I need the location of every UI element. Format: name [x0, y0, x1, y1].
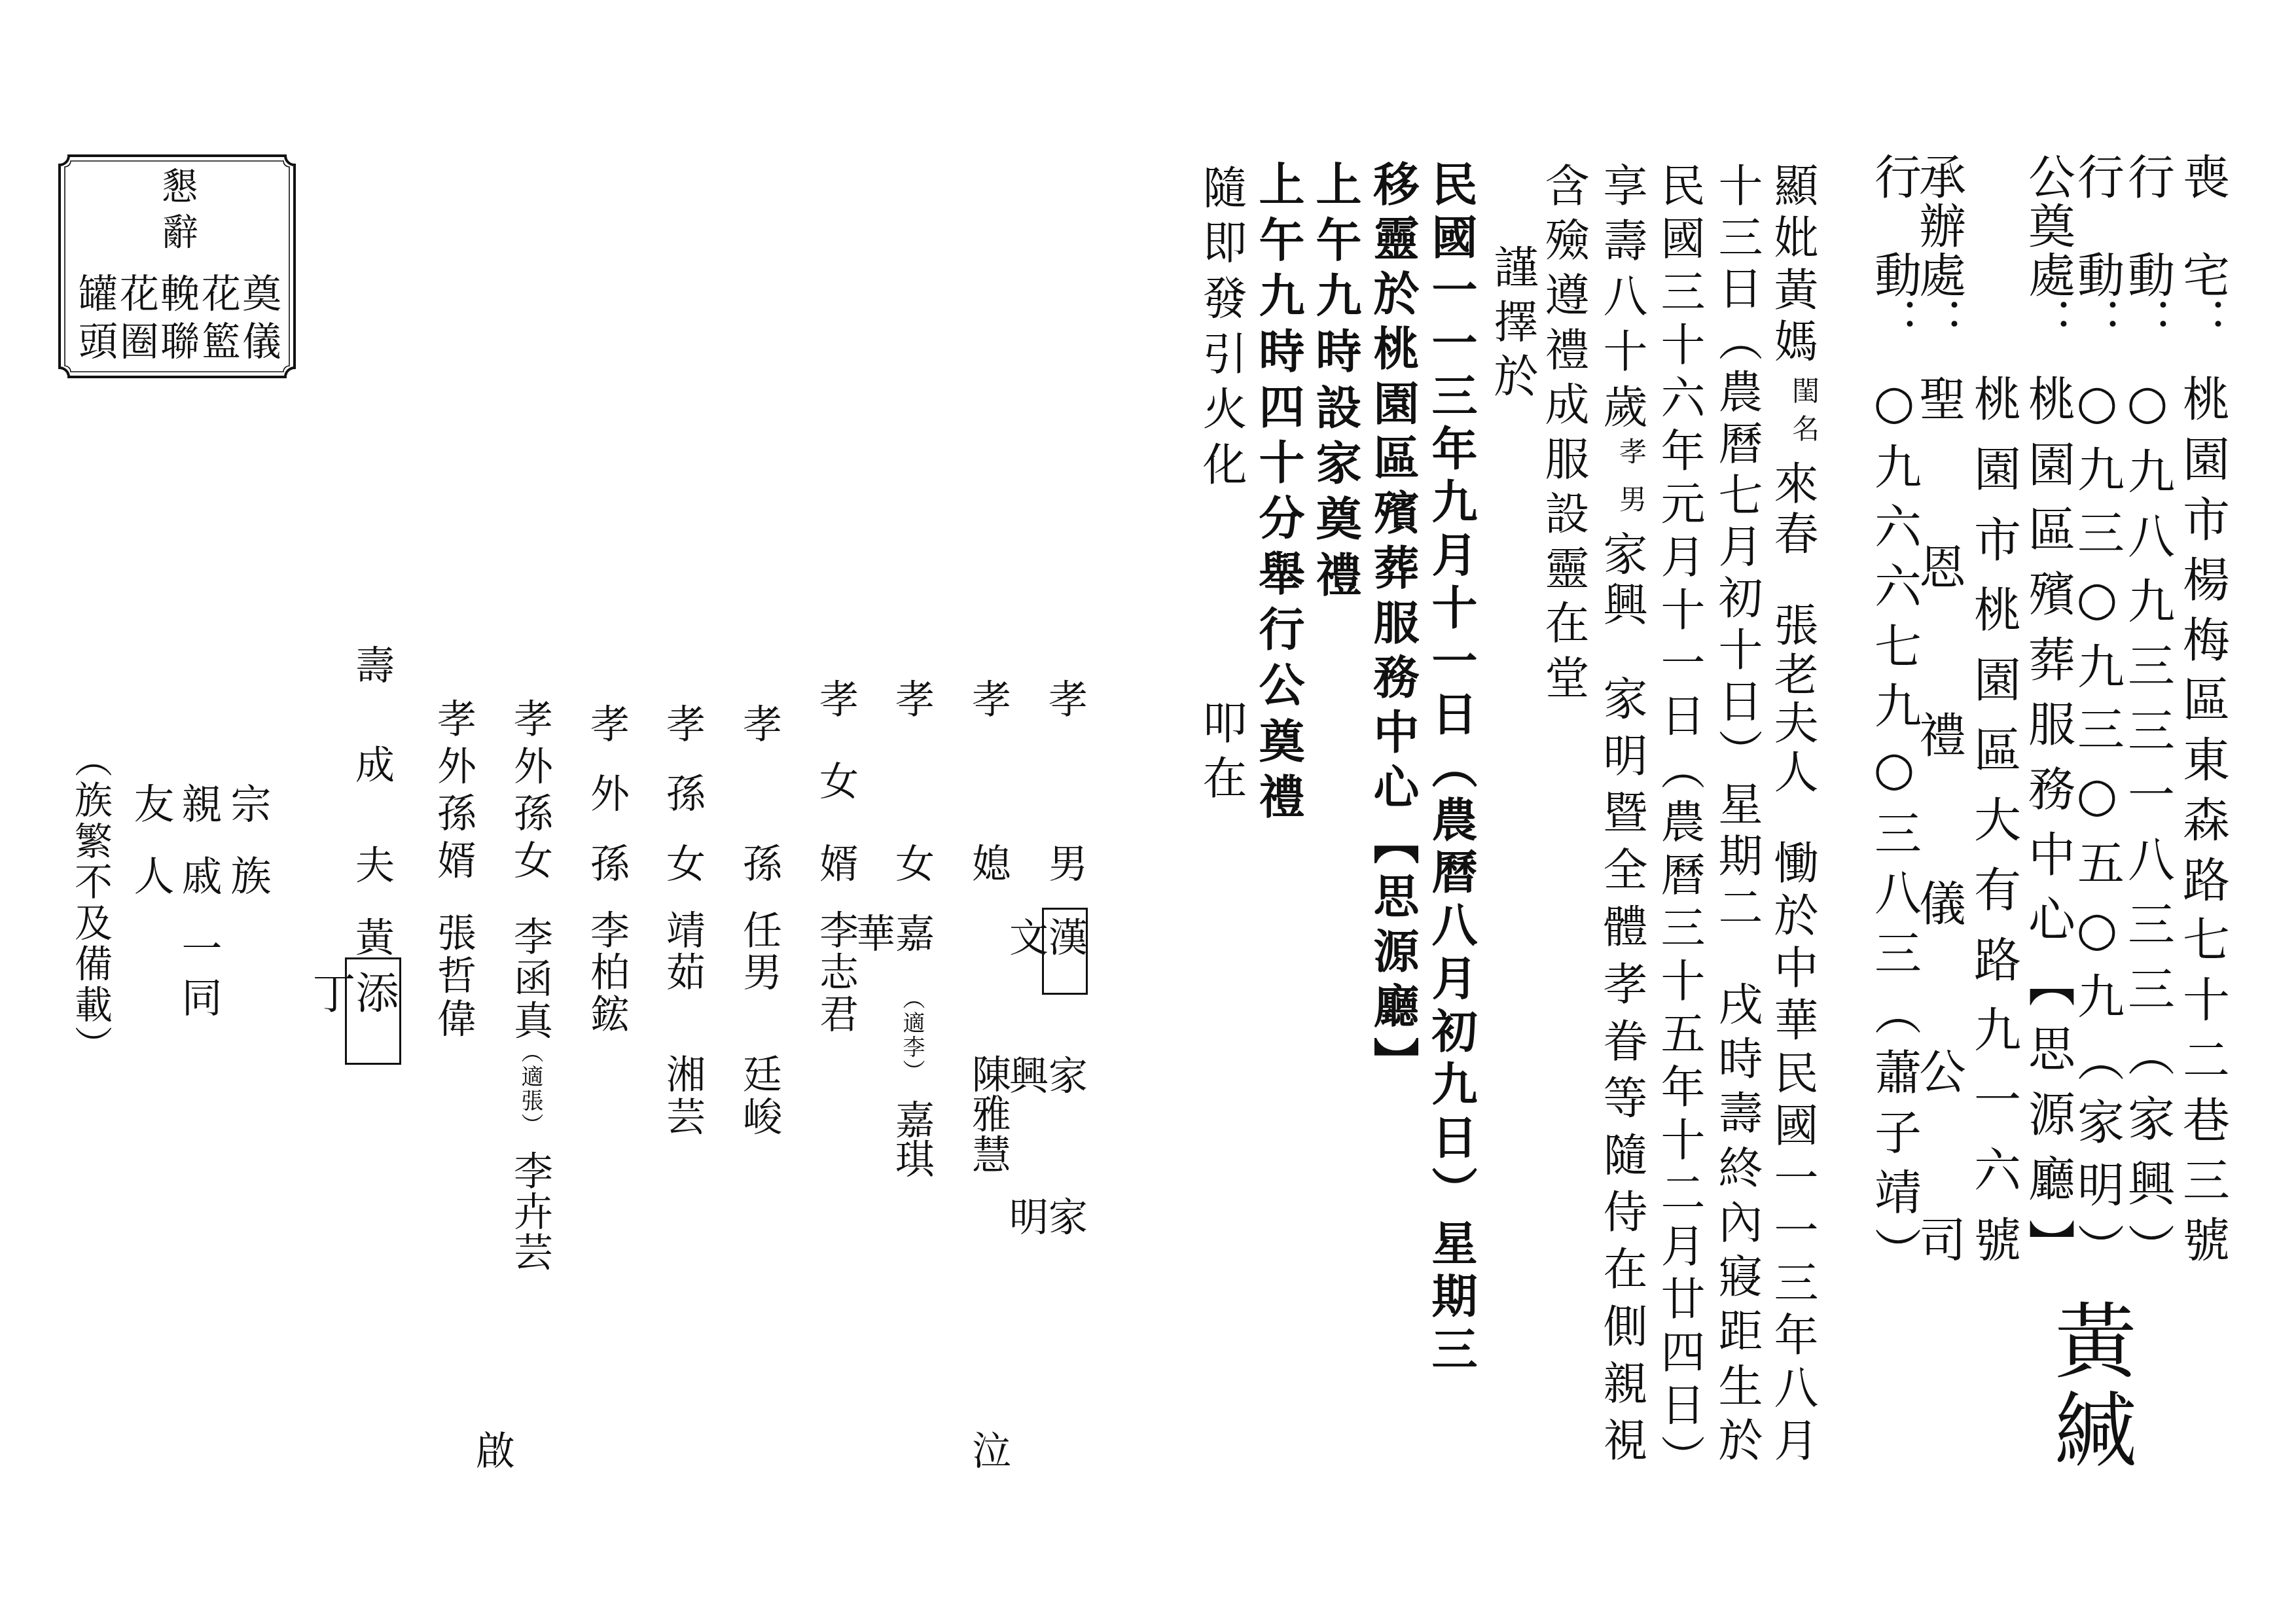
- relation-maternal-grandson: 孝外孫: [587, 704, 626, 882]
- relation-daughter-in-law: 孝媳: [969, 679, 1008, 882]
- boxed-name-frame: 添丁: [345, 957, 401, 1065]
- info-value-mobile-1: ○九八九三三一八三三（家興）: [2124, 374, 2171, 1270]
- spouse-boxed-name: 添丁: [351, 971, 395, 1052]
- info-colon: ：: [1915, 297, 1962, 344]
- footer-announce: 啟: [473, 1430, 512, 1469]
- relation-granddaughters: 孝孫女: [663, 704, 702, 882]
- closing-remark: 叩在: [1198, 700, 1243, 799]
- relatives-kin: 親戚: [178, 783, 219, 895]
- family-attendance: 家明暨全體孝眷等隨侍在側親視: [1599, 675, 1643, 1461]
- maternal-grandson-name: 李柏鋐: [587, 910, 626, 1033]
- sender-seal: 黃緘: [2047, 1298, 2129, 1469]
- notice-item-canned-tower: 罐頭: [75, 273, 115, 360]
- cremation-note: 隨即發引火化: [1198, 164, 1243, 486]
- relation-spouse: 壽成夫: [352, 645, 391, 883]
- info-colon: ：: [2179, 297, 2226, 344]
- encoffining-note: 含殮遵禮成服設靈在堂: [1541, 162, 1585, 699]
- footer-weep: 泣: [969, 1430, 1008, 1469]
- boxed-name-frame: 漢文: [1042, 908, 1088, 995]
- notice-box-title: 懇辭: [158, 167, 195, 249]
- maternal-granddaughter-name: 李卉芸: [511, 1150, 550, 1271]
- notice-item-wreath: 花圈: [117, 273, 156, 360]
- relation-son-in-law: 孝女婿: [816, 679, 855, 882]
- grandson-name: 任男: [740, 910, 779, 991]
- info-value-organizer: 聖恩禮儀公司: [1915, 374, 1962, 1262]
- relation-sons: 孝男: [1045, 679, 1085, 882]
- sender-surname: 黃: [2041, 1298, 2136, 1387]
- death-date-part-2: 十三日（農曆七月初十日）星期二: [1714, 162, 1759, 929]
- relatives-clan: 宗族: [227, 783, 268, 895]
- age-at-death: 享壽八十歲: [1599, 162, 1643, 428]
- info-value-mobile-2: ○九三○九三○五○九（家明）: [2073, 374, 2121, 1270]
- married-into-note: （適張）: [519, 1041, 541, 1135]
- relation-maternal-granddaughters: 孝外孫女: [511, 698, 550, 879]
- grandson-name: 廷峻: [740, 1054, 779, 1135]
- public-rite-time: 上午九時四十分舉行公奠禮: [1255, 160, 1301, 819]
- info-value-memorial-venue: 桃園區殯葬服務中心【思源廳】: [2024, 374, 2072, 1266]
- son-in-law-name: 李志君: [816, 910, 855, 1033]
- daughter-in-law-name: 陳雅慧: [969, 1054, 1008, 1173]
- son-name: 家明: [1045, 1196, 1085, 1273]
- deceased-given-name: 來春: [1770, 460, 1814, 555]
- maternal-granddaughter-name: 李函真: [511, 916, 550, 1039]
- relation-maternal-grandson-in-law: 孝外孫婿: [434, 698, 473, 879]
- relation-daughters: 孝女: [892, 679, 931, 882]
- info-value-mobile-3: ○九六六七九○三八三（蕭子靖）: [1871, 374, 1918, 1274]
- info-label-mobile-3: 行動: [1871, 152, 1918, 298]
- deceased-honorific: 張老夫人: [1770, 602, 1814, 793]
- info-value-venue-address: 桃園市桃園區大有路九一六號: [1970, 374, 2017, 1262]
- death-date-part-1: 慟於中華民國一一三年八月: [1770, 840, 1814, 1461]
- info-value-residence-address: 桃園市楊梅區東森路七十二巷三號: [2179, 374, 2226, 1262]
- info-label-mobile-1: 行動: [2124, 152, 2171, 298]
- death-time: 戌時壽終內寢距生於: [1714, 981, 1759, 1461]
- daughter-name: 嘉琪: [892, 1099, 931, 1178]
- obituary-page: 懇辭 奠儀 花籃 輓聯 花圈 罐頭 喪宅 ： 桃園市楊梅區東森路七十二巷三號 行…: [0, 0, 2296, 1623]
- info-colon: ：: [1871, 297, 1918, 344]
- relatives-friends: 友人: [130, 783, 171, 895]
- info-colon: ：: [2124, 297, 2171, 344]
- sender-seal-word: 緘: [2041, 1387, 2136, 1469]
- ceremony-date: 民國一一三年九月十一日（農曆八月初九日）星期三: [1428, 160, 1474, 1371]
- ceremony-venue: 移靈於桃園區殯葬服務中心【思源廳】: [1370, 160, 1416, 1083]
- relatives-together: 一同: [178, 927, 219, 1017]
- son-name-1: 家興: [1599, 531, 1643, 626]
- married-into-note: （適李）: [901, 987, 923, 1082]
- info-label-mobile-2: 行動: [2073, 152, 2121, 298]
- son-name: 家興: [1045, 1055, 1085, 1132]
- notice-item-flower-basket: 花籃: [198, 273, 238, 360]
- deceased-title: 顯妣黃媽: [1770, 162, 1814, 363]
- info-label-organizer: 承辦處: [1915, 152, 1962, 298]
- info-colon: ：: [2024, 297, 2072, 344]
- info-label-residence: 喪宅: [2179, 152, 2226, 298]
- info-label-memorial-venue: 公奠處: [2024, 152, 2072, 298]
- spouse-surname: 黃: [352, 917, 391, 956]
- granddaughter-name: 湘芸: [663, 1054, 702, 1135]
- relation-grandsons: 孝孫: [740, 704, 779, 882]
- birth-date: 民國三十六年元月十一日（農曆三十五年十二月廿四日）: [1657, 162, 1701, 1479]
- schedule-intro: 謹擇於: [1490, 244, 1534, 397]
- daughter-name: 嘉華: [892, 913, 931, 991]
- sons-label: 孝男: [1617, 437, 1645, 512]
- relatives-note: （族繁不及備載）: [71, 740, 109, 1063]
- info-colon: ：: [2073, 297, 2121, 344]
- maiden-name-label: 閨名: [1790, 376, 1818, 442]
- notice-item-elegiac-couplet: 輓聯: [157, 273, 196, 360]
- granddaughter-name: 靖茹: [663, 910, 702, 991]
- boxed-name: 漢文: [1045, 917, 1085, 989]
- notice-item-condolence-money: 奠儀: [239, 273, 278, 360]
- maternal-grandson-in-law-name: 張哲偉: [434, 912, 473, 1037]
- family-rite-time: 上午九時設家奠禮: [1312, 160, 1358, 597]
